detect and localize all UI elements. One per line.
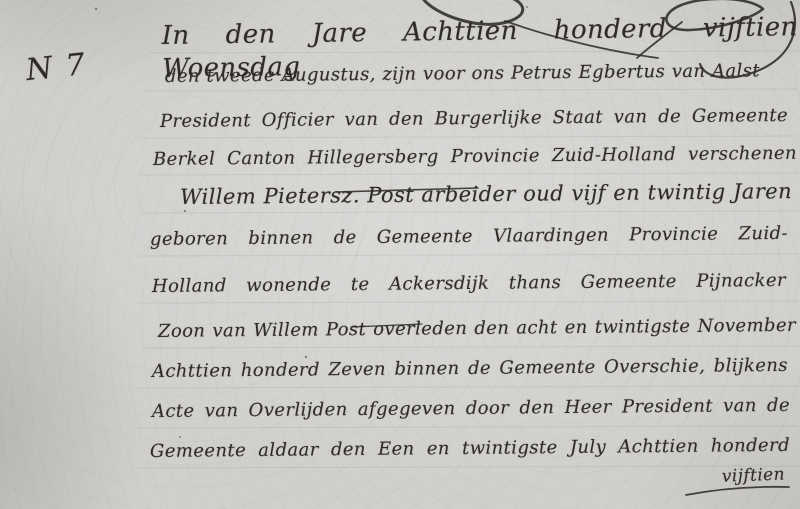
manuscript-line-7: Holland wonende te Ackersdijk thans Geme… (152, 270, 786, 299)
document-scan: N 7 In den Jare Achttien honderd vijftie… (0, 0, 800, 509)
manuscript-line-9: Achttien honderd Zeven binnen de Gemeent… (152, 355, 788, 384)
manuscript-line-5: Willem Pietersz. Post arbeider oud vijf … (180, 178, 792, 210)
manuscript-line-10: Acte van Overlijden afgegeven door den H… (152, 395, 790, 424)
margin-entry-number: N 7 (24, 47, 88, 88)
manuscript-line-2: den tweede Augustus, zijn voor ons Petru… (165, 60, 760, 88)
manuscript-line-4: Berkel Canton Hillegersberg Provincie Zu… (153, 143, 797, 172)
manuscript-line-8: Zoon van Willem Post overleden den acht … (158, 315, 796, 344)
manuscript-line-3: President Officier van den Burgerlijke S… (160, 105, 788, 134)
manuscript-line-11: Gemeente aldaar den Een en twintigste Ju… (150, 435, 790, 464)
manuscript-line-signature-word: vijftien (685, 465, 786, 490)
manuscript-line-6: geboren binnen de Gemeente Vlaardingen P… (150, 223, 788, 252)
